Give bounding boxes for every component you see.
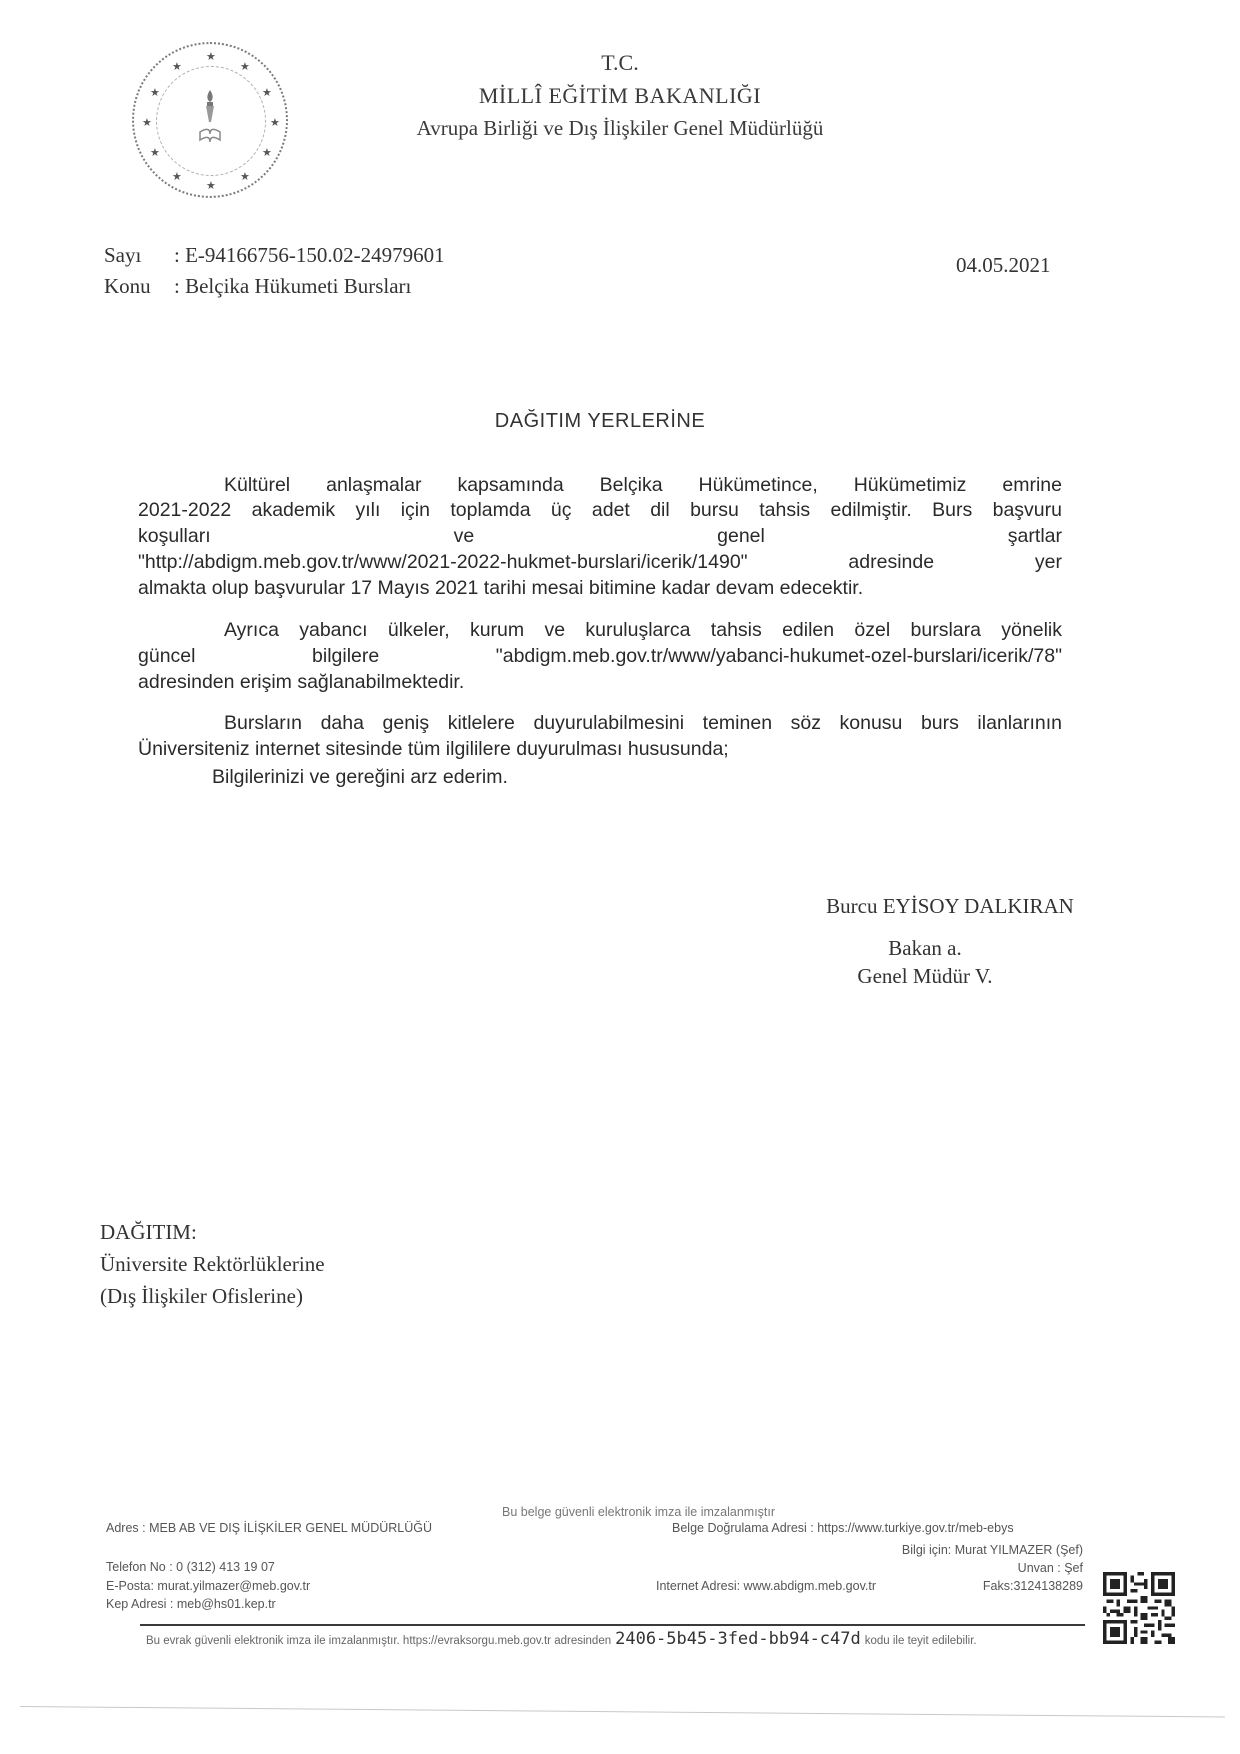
footer-fax: Faks:3124138289 [900,1579,1083,1593]
star-icon: ★ [142,118,152,129]
header-tc: T.C. [180,50,1060,76]
star-icon: ★ [206,181,216,192]
body-p2-line1: Ayrıca yabancı ülkeler, kurum ve kuruluş… [224,619,1062,642]
star-icon: ★ [240,172,250,183]
body-p1-line1: Kültürel anlaşmalar kapsamında Belçika H… [224,474,1062,497]
distribution-block: DAĞITIM: Üniversite Rektörlüklerine (Dış… [100,1216,325,1312]
verify-line-suffix: kodu ile teyit edilebilir. [865,1635,977,1647]
body-p1-line2: 2021-2022 akademik yılı için toplamda üç… [138,499,1062,522]
reference-number-label: Sayı [104,243,174,268]
body-p2-line2-link[interactable]: güncel bilgilere "abdigm.meb.gov.tr/www/… [138,645,1062,668]
footer-email[interactable]: E-Posta: murat.yilmazer@meb.gov.tr [106,1579,310,1593]
header-ministry: MİLLÎ EĞİTİM BAKANLIĞI [180,83,1060,109]
addressee-title: DAĞITIM YERLERİNE [0,410,1200,433]
star-icon: ★ [150,148,160,159]
star-icon: ★ [150,88,160,99]
subject-value: : Belçika Hükumeti Bursları [174,274,411,298]
verify-line-prefix: Bu evrak güvenli elektronik imza ile imz… [146,1635,611,1647]
body-p2-line3: adresinden erişim sağlanabilmektedir. [138,671,1062,694]
body-p1-line4-link[interactable]: "http://abdigm.meb.gov.tr/www/2021-2022-… [138,551,1062,574]
qr-code-icon[interactable] [1103,1570,1175,1646]
closing-line: Bilgilerinizi ve gereğini arz ederim. [212,766,1062,789]
verify-code[interactable]: 2406-5b45-3fed-bb94-c47d [615,1629,861,1649]
footer-internet[interactable]: Internet Adresi: www.abdigm.meb.gov.tr [656,1579,876,1593]
body-p3-line1: Bursların daha geniş kitlelere duyurulab… [224,712,1062,735]
document-date: 04.05.2021 [956,253,1051,278]
signatory-role-2: Genel Müdür V. [800,964,1050,989]
footer-address: Adres : MEB AB VE DIŞ İLİŞKİLER GENEL MÜ… [106,1521,432,1535]
subject-label: Konu [104,274,174,299]
reference-number-row: Sayı: E-94166756-150.02-24979601 [104,243,445,268]
scan-page-edge [20,1706,1225,1718]
footer-title: Unvan : Şef [900,1561,1083,1575]
signatory-role-1: Bakan a. [800,936,1050,961]
distribution-line-1: Üniversite Rektörlüklerine [100,1248,325,1280]
footer-phone: Telefon No : 0 (312) 413 19 07 [106,1560,275,1574]
body-p3-line2: Üniversiteniz internet sitesinde tüm ilg… [138,738,1062,761]
star-icon: ★ [262,148,272,159]
esign-notice: Bu belge güvenli elektronik imza ile imz… [502,1505,775,1519]
footer-verify-address[interactable]: Belge Doğrulama Adresi : https://www.tur… [672,1521,1014,1535]
body-p1-line3: koşulları ve genel şartlar [138,525,1062,548]
body-p1-line5: almakta olup başvurular 17 Mayıs 2021 ta… [138,577,1062,600]
footer-kep[interactable]: Kep Adresi : meb@hs01.kep.tr [106,1597,276,1611]
verify-code-line: Bu evrak güvenli elektronik imza ile imz… [146,1629,977,1649]
distribution-line-2: (Dış İlişkiler Ofislerine) [100,1280,325,1312]
distribution-heading: DAĞITIM: [100,1216,325,1248]
header-directorate: Avrupa Birliği ve Dış İlişkiler Genel Mü… [180,116,1060,141]
signatory-name: Burcu EYİSOY DALKIRAN [800,894,1100,919]
subject-row: Konu: Belçika Hükumeti Bursları [104,274,411,299]
footer-divider [140,1624,1085,1626]
star-icon: ★ [172,172,182,183]
footer-info-contact: Bilgi için: Murat YILMAZER (Şef) [700,1543,1083,1557]
reference-number-value: : E-94166756-150.02-24979601 [174,243,445,267]
